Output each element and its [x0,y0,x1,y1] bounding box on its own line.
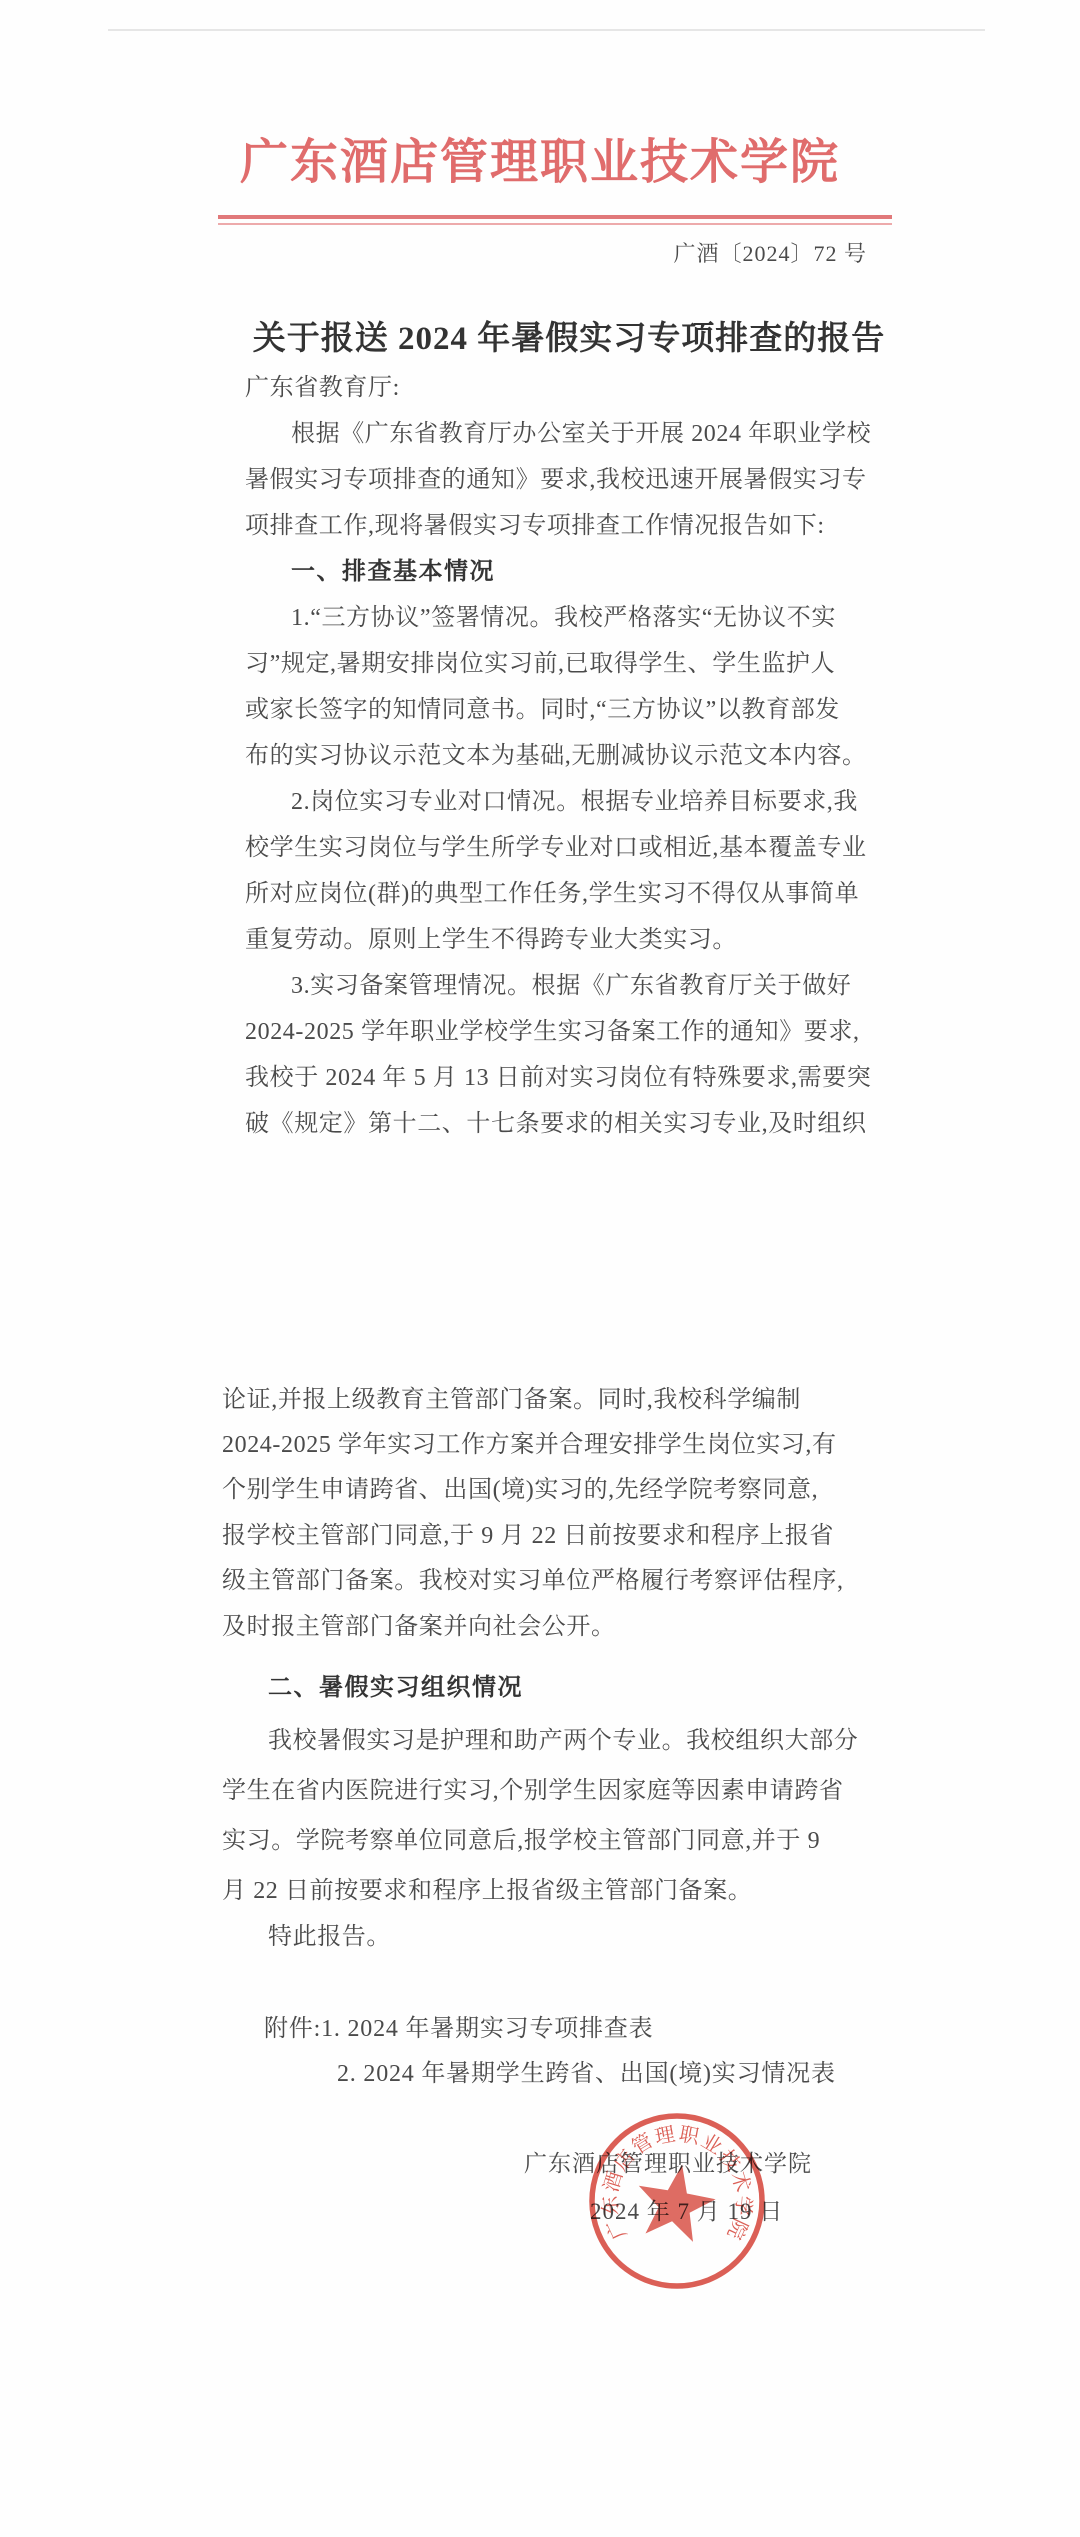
body-line: 学生在省内医院进行实习,个别学生因家庭等因素申请跨省 [222,1774,844,1808]
doc-number: 广酒〔2024〕72 号 [245,237,867,268]
body-line: 我校于 2024 年 5 月 13 日前对实习岗位有特殊要求,需要突 [245,1061,871,1095]
institution-header: 广东酒店管理职业技术学院 [0,136,1080,190]
body-line: 项排查工作,现将暑假实习专项排查工作情况报告如下: [245,509,825,543]
svg-text:术: 术 [727,2169,755,2195]
attachment-line-2: 2. 2024 年暑期学生跨省、出国(境)实习情况表 [337,2053,836,2088]
attachment-line-1: 附件:1. 2024 年暑期实习专项排查表 [264,2008,653,2043]
svg-text:东: 东 [599,2195,623,2217]
body-line: 我校暑假实习是护理和助产两个专业。我校组织大部分 [222,1724,858,1758]
official-seal: 广东酒店管理职业技术学院 [584,2108,770,2294]
body-line: 月 22 日前按要求和程序上报省级主管部门备案。 [222,1874,752,1908]
section-heading: 一、排查基本情况 [245,555,495,589]
body-line: 校学生实习岗位与学生所学专业对口或相近,基本覆盖专业 [245,831,867,865]
body-line: 根据《广东省教育厅办公室关于开展 2024 年职业学校 [245,417,871,451]
body-line: 暑假实习专项排查的通知》要求,我校迅速开展暑假实习专 [245,463,867,497]
red-divider-bottom [218,223,892,225]
svg-text:职: 职 [677,2122,702,2148]
body-line: 论证,并报上级教育主管部门备案。同时,我校科学编制 [222,1383,801,1417]
body-line: 实习。学院考察单位同意后,报学校主管部门同意,并于 9 [222,1824,820,1858]
body-line: 1.“三方协议”签署情况。我校严格落实“无协议不实 [245,601,836,635]
document-title: 关于报送 2024 年暑假实习专项排查的报告 [160,312,978,359]
svg-text:学: 学 [731,2195,755,2217]
body-line: 习”规定,暑期安排岗位实习前,已取得学生、学生监护人 [245,647,835,681]
body-line: 级主管部门备案。我校对实习单位严格履行考察评估程序, [222,1564,844,1598]
scan-artifact-line [108,29,985,31]
body-line: 布的实习协议示范文本为基础,无删减协议示范文本内容。 [245,739,867,773]
body-line: 及时报主管部门备案并向社会公开。 [222,1610,616,1644]
red-divider-top [218,215,892,219]
svg-text:广: 广 [602,2215,631,2243]
svg-text:院: 院 [723,2215,752,2243]
body-line: 报学校主管部门同意,于 9 月 22 日前按要求和程序上报省 [222,1519,834,1553]
body-line: 个别学生申请跨省、出国(境)实习的,先经学院考察同意, [222,1473,818,1507]
document-page: 广东酒店管理职业技术学院 广酒〔2024〕72 号 关于报送 2024 年暑假实… [0,0,1080,2537]
body-line: 广东省教育厅: [245,371,400,405]
body-line: 特此报告。 [222,1920,391,1954]
body-line: 2024-2025 学年职业学校学生实习备案工作的通知》要求, [245,1015,860,1049]
body-line: 重复劳动。原则上学生不得跨专业大类实习。 [245,923,737,957]
body-line: 2.岗位实习专业对口情况。根据专业培养目标要求,我 [245,785,858,819]
body-line: 3.实习备案管理情况。根据《广东省教育厅关于做好 [245,969,851,1003]
section-heading: 二、暑假实习组织情况 [222,1671,523,1705]
body-line: 破《规定》第十二、十七条要求的相关实习专业,及时组织 [245,1107,867,1141]
seal-star-icon [639,2165,716,2242]
body-line: 所对应岗位(群)的典型工作任务,学生实习不得仅从事简单 [245,877,859,911]
svg-text:理: 理 [653,2123,677,2148]
body-line: 或家长签字的知情同意书。同时,“三方协议”以教育部发 [245,693,840,727]
body-line: 2024-2025 学年实习工作方案并合理安排学生岗位实习,有 [222,1428,837,1462]
